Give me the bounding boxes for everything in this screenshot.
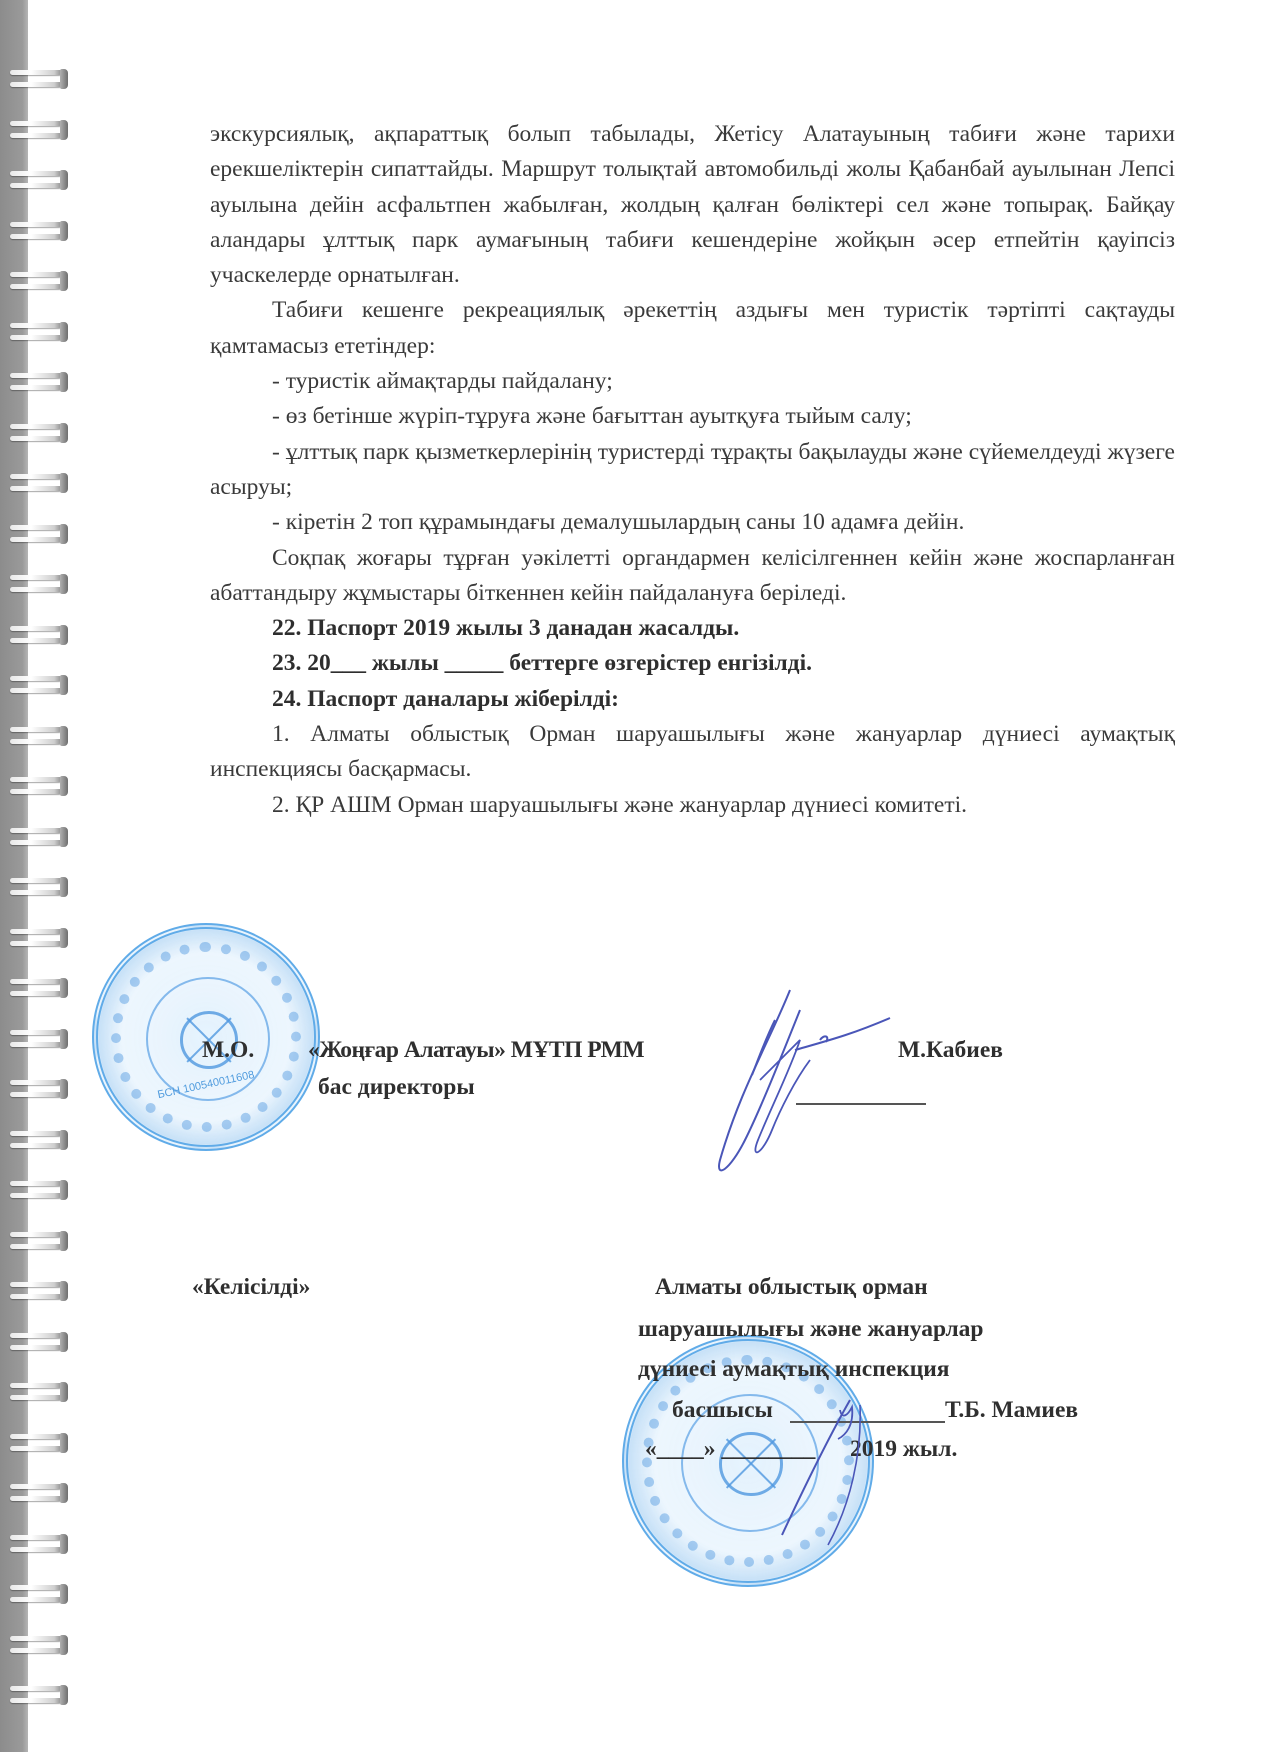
paragraph-route-description: экскурсиялық, ақпараттық болып табылады,…: [210, 117, 1175, 293]
spiral-ring-icon: [10, 371, 66, 393]
approver-role: басшысы: [672, 1393, 773, 1428]
spiral-ring-icon: [10, 674, 66, 696]
spiral-ring-icon: [10, 775, 66, 797]
approved-label: «Келісілді»: [192, 1270, 310, 1305]
item-24-copies-sent: 24. Паспорт даналары жіберілді:: [210, 682, 1175, 717]
paragraph-measures-intro: Табиғи кешенге рекреациялық әрекеттің аз…: [210, 293, 1175, 364]
spiral-ring-icon: [10, 725, 66, 747]
spiral-ring-icon: [10, 472, 66, 494]
stamp-place-label: М.О.: [202, 1033, 254, 1068]
list-item: - туристік аймақтарды пайдалану;: [210, 364, 1175, 399]
spiral-ring-icon: [10, 270, 66, 292]
spiral-ring-icon: [10, 876, 66, 898]
spiral-ring-icon: [10, 1381, 66, 1403]
list-item: - кіретін 2 топ құрамындағы демалушылард…: [210, 505, 1175, 540]
spiral-ring-icon: [10, 826, 66, 848]
item-22-passport-copies: 22. Паспорт 2019 жылы 3 данадан жасалды.: [210, 611, 1175, 646]
spiral-ring-icon: [10, 1583, 66, 1605]
spiral-ring-icon: [10, 68, 66, 90]
paragraph-trail-commissioning: Соқпақ жоғары тұрған уәкілетті органдарм…: [210, 541, 1175, 612]
spiral-ring-icon: [10, 1482, 66, 1504]
spiral-ring-icon: [10, 573, 66, 595]
approver-org-line-2: шаруашылығы және жануарлар: [638, 1312, 983, 1347]
spiral-ring-icon: [10, 1078, 66, 1100]
spiral-binding-rings: [0, 0, 80, 1752]
spiral-ring-icon: [10, 1230, 66, 1252]
spiral-ring-icon: [10, 977, 66, 999]
spiral-ring-icon: [10, 1129, 66, 1151]
item-23-changes: 23. 20___ жылы _____ беттерге өзгерістер…: [210, 646, 1175, 681]
signature-mamiev-icon: [770, 1395, 890, 1555]
spiral-ring-icon: [10, 169, 66, 191]
director-role: бас директоры: [318, 1070, 475, 1105]
approver-name: Т.Б. Мамиев: [945, 1393, 1078, 1428]
recipient-2: 2. ҚР АШМ Орман шаруашылығы және жануарл…: [210, 788, 1175, 823]
spiral-ring-icon: [10, 927, 66, 949]
spiral-ring-icon: [10, 1331, 66, 1353]
spiral-ring-icon: [10, 1280, 66, 1302]
approver-org-line-3: дүниесі аумақтық инспекция: [638, 1352, 950, 1387]
spiral-ring-icon: [10, 220, 66, 242]
recipient-1: 1. Алматы облыстық Орман шаруашылығы жән…: [210, 717, 1175, 788]
approver-org-line-1: Алматы облыстық орман: [655, 1270, 928, 1305]
list-item: - ұлттық парк қызметкерлерінің туристерд…: [210, 435, 1175, 506]
organization-name: «Жоңғар Алатауы» МҰТП РММ: [308, 1033, 644, 1068]
spiral-ring-icon: [10, 1179, 66, 1201]
spiral-ring-icon: [10, 523, 66, 545]
spiral-ring-icon: [10, 624, 66, 646]
signature-kabiev-icon: [700, 980, 930, 1200]
spiral-ring-icon: [10, 1634, 66, 1656]
spiral-ring-icon: [10, 119, 66, 141]
list-item: - өз бетінше жүріп-тұруға және бағыттан …: [210, 399, 1175, 434]
spiral-ring-icon: [10, 1533, 66, 1555]
document-body: экскурсиялық, ақпараттық болып табылады,…: [210, 117, 1175, 823]
spiral-ring-icon: [10, 1028, 66, 1050]
spiral-ring-icon: [10, 422, 66, 444]
spiral-ring-icon: [10, 1432, 66, 1454]
spiral-ring-icon: [10, 1684, 66, 1706]
spiral-ring-icon: [10, 321, 66, 343]
